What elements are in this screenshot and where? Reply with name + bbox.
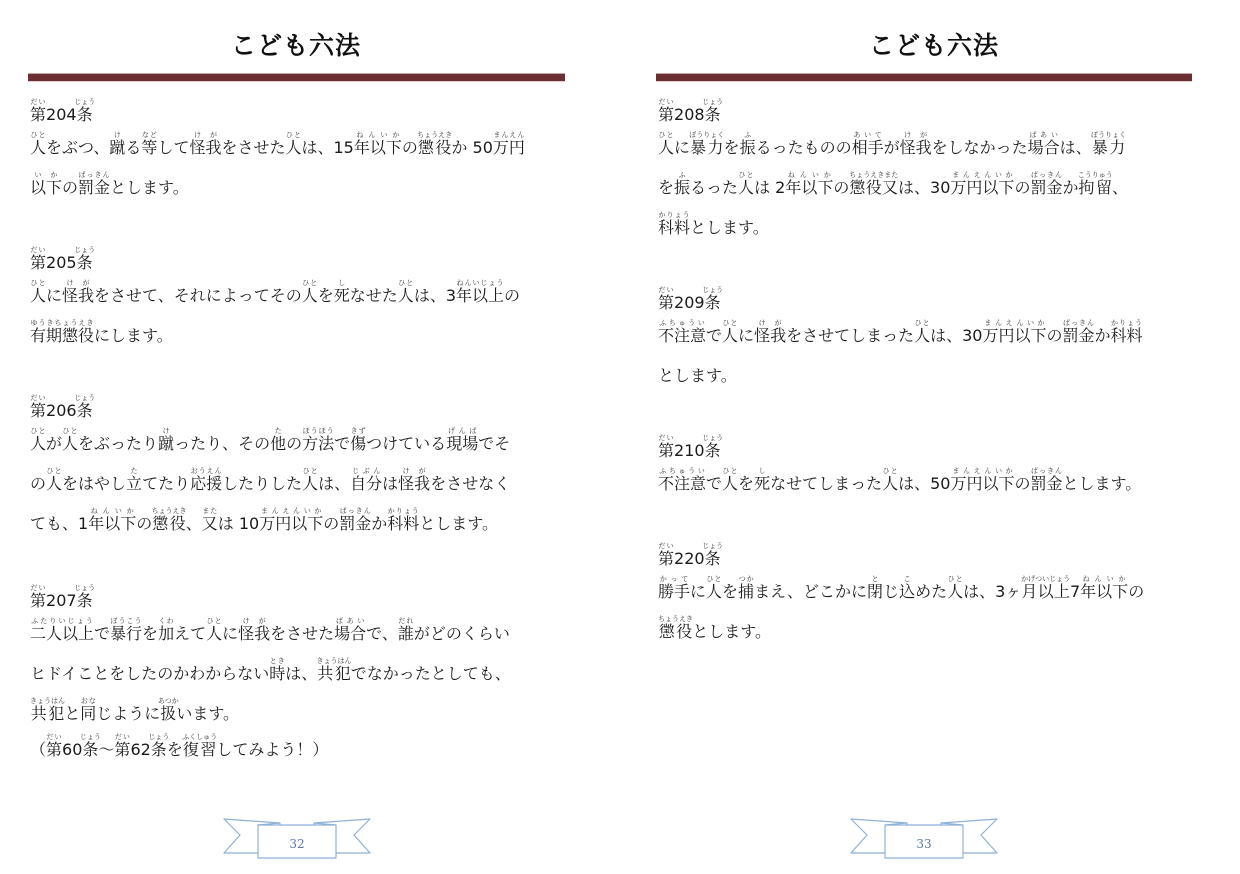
book-title: こども六法: [0, 26, 606, 62]
article-220: 第だい220条じょう 勝手かってに人ひとを捕つかまえ、どこかに閉とじ込こめた人ひ…: [658, 542, 1198, 654]
article-line: 勝手かってに人ひとを捕つかまえ、どこかに閉とじ込こめた人ひとは、3ヶ月以上かげつ…: [658, 574, 1198, 614]
article-210: 第だい210条じょう 不注意ふちゅういで人ひとを死しなせてしまった人ひとは、50…: [658, 434, 1198, 506]
article-204: 第だい204条じょう 人ひとをぶつ、蹴ける等などして怪我けがをさせた人ひとは、1…: [30, 98, 570, 210]
article-209: 第だい209条じょう 不注意ふちゅういで人ひとに怪我けがをさせてしまった人ひとは…: [658, 286, 1198, 398]
page-number-ribbon: 33: [849, 815, 999, 861]
article-line: 有期懲役ゆうきちょうえきにします。: [30, 318, 570, 358]
article-line: 共犯きょうはんと同おなじように扱あつかいます。: [30, 696, 570, 732]
article-207: 第だい207条じょう 二人以上ふたりいじょうで暴行ぼうこうを加くわえて人ひとに怪…: [30, 584, 570, 772]
article-number: 第だい205条じょう: [30, 246, 570, 278]
page-number-ribbon: 32: [222, 815, 372, 861]
article-line: とします。: [658, 358, 1198, 398]
article-line: 人ひとをぶつ、蹴ける等などして怪我けがをさせた人ひとは、15年以下ねんいかの懲役…: [30, 130, 570, 170]
article-number: 第だい206条じょう: [30, 394, 570, 426]
article-list: 第だい208条じょう 人ひとに暴力ぼうりょくを振ふるったものの相手あいてが怪我け…: [658, 98, 1198, 654]
header-rule: [656, 73, 1192, 82]
page-33: こども六法 第だい208条じょう 人ひとに暴力ぼうりょくを振ふるったものの相手あ…: [627, 0, 1240, 874]
article-line: 二人以上ふたりいじょうで暴行ぼうこうを加くわえて人ひとに怪我けがをさせた場合ばあ…: [30, 616, 570, 656]
article-line: 懲役ちょうえきとします。: [658, 614, 1198, 654]
page-number: 33: [849, 837, 999, 851]
article-line: ヒドイことをしたのかわからない時ときは、共犯きょうはんでなかったとしても、: [30, 656, 570, 696]
article-number: 第だい220条じょう: [658, 542, 1198, 574]
article-line: 人ひとが人ひとをぶったり蹴けったり、その他たの方法ほうほうで傷きずつけている現場…: [30, 426, 570, 466]
article-number: 第だい204条じょう: [30, 98, 570, 130]
book-title: こども六法: [624, 26, 1240, 62]
article-number: 第だい210条じょう: [658, 434, 1198, 466]
article-list: 第だい204条じょう 人ひとをぶつ、蹴ける等などして怪我けがをさせた人ひとは、1…: [30, 98, 570, 772]
article-number: 第だい208条じょう: [658, 98, 1198, 130]
article-208: 第だい208条じょう 人ひとに暴力ぼうりょくを振ふるったものの相手あいてが怪我け…: [658, 98, 1198, 250]
article-line: 以下いかの罰金ばっきんとします。: [30, 170, 570, 210]
article-number: 第だい209条じょう: [658, 286, 1198, 318]
page-number: 32: [222, 837, 372, 851]
article-number: 第だい207条じょう: [30, 584, 570, 616]
article-line: 人ひとに怪我けがをさせて、それによってその人ひとを死しなせた人ひとは、3年以上ね…: [30, 278, 570, 318]
page-32: こども六法 第だい204条じょう 人ひとをぶつ、蹴ける等などして怪我けがをさせた…: [0, 0, 620, 874]
header-rule: [28, 73, 565, 82]
article-line: ても、1年以下ねんいかの懲役ちょうえき、又または 10万円以下まんえんいかの罰金…: [30, 506, 570, 546]
article-line: 不注意ふちゅういで人ひとに怪我けがをさせてしまった人ひとは、30万円以下まんえん…: [658, 318, 1198, 358]
article-line: 科料かりょうとします。: [658, 210, 1198, 250]
article-205: 第だい205条じょう 人ひとに怪我けがをさせて、それによってその人ひとを死しなせ…: [30, 246, 570, 358]
article-line: の人ひとをはやし立たてたり応援おうえんしたりした人ひとは、自分じぶんは怪我けがを…: [30, 466, 570, 506]
article-line: 人ひとに暴力ぼうりょくを振ふるったものの相手あいてが怪我けがをしなかった場合ばあ…: [658, 130, 1198, 170]
article-line: を振ふるった人ひとは 2年以下ねんいかの懲役又ちょうえきまたは、30万円以下まん…: [658, 170, 1198, 210]
article-line: 不注意ふちゅういで人ひとを死しなせてしまった人ひとは、50万円以下まんえんいかの…: [658, 466, 1198, 506]
article-note: （第だい60条じょう～第だい62条じょうを復習ふくしゅうしてみよう！）: [30, 732, 570, 772]
article-206: 第だい206条じょう 人ひとが人ひとをぶったり蹴けったり、その他たの方法ほうほう…: [30, 394, 570, 546]
